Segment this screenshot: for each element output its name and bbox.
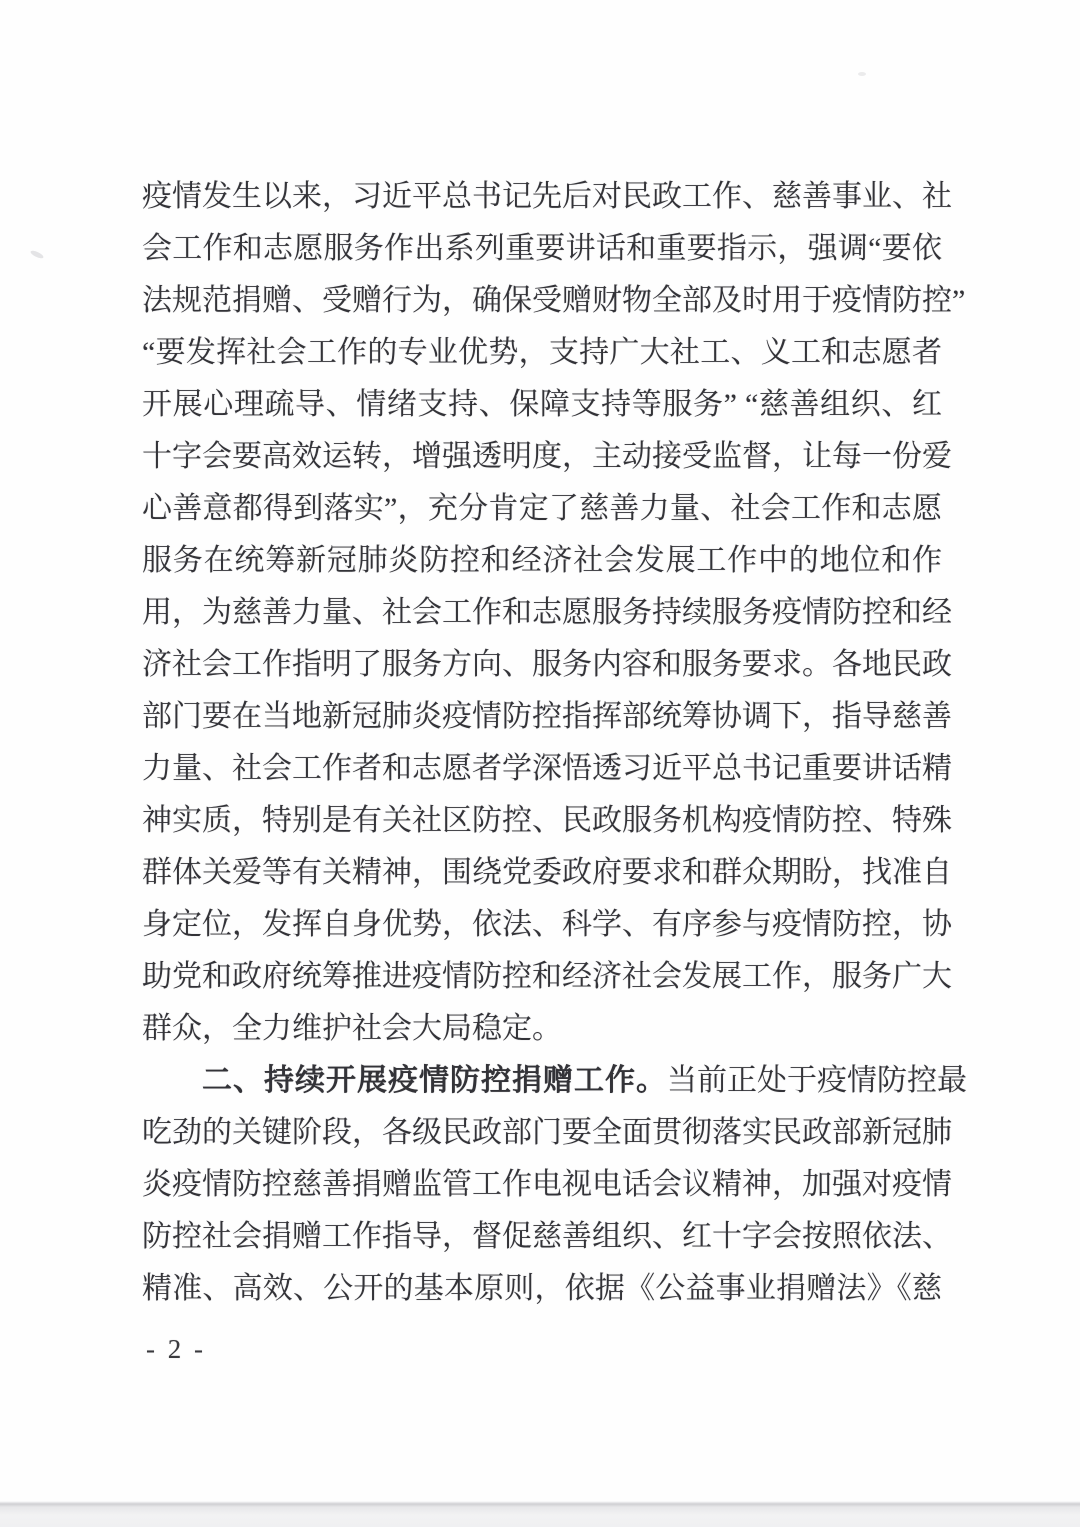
scan-artifact — [30, 249, 45, 259]
text-line: 助党和政府统筹推进疫情防控和经济社会发展工作，服务广大 — [142, 951, 942, 1003]
text-line: 身定位，发挥自身优势，依法、科学、有序参与疫情防控，协 — [142, 899, 942, 951]
text-line: 会工作和志愿服务作出系列重要讲话和重要指示，强调“要依 — [142, 223, 942, 275]
text-line: 炎疫情防控慈善捐赠监管工作电视电话会议精神，加强对疫情 — [142, 1159, 942, 1211]
text-line: 服务在统筹新冠肺炎防控和经济社会发展工作中的地位和作 — [142, 535, 942, 587]
text-line: 防控社会捐赠工作指导，督促慈善组织、红十字会按照依法、 — [142, 1211, 942, 1263]
text-line: 力量、社会工作者和志愿者学深悟透习近平总书记重要讲话精 — [142, 743, 942, 795]
paragraph-1-last-line: 群众，全力维护社会大局稳定。 — [142, 1003, 942, 1055]
section-2-first-line-tail: 当前正处于疫情防控最 — [667, 1064, 967, 1097]
text-line: 法规范捐赠、受赠行为，确保受赠财物全部及时用于疫情防控” — [142, 275, 942, 327]
text-line: 精准、高效、公开的基本原则，依据《公益事业捐赠法》《慈 — [142, 1263, 942, 1315]
text-line: 部门要在当地新冠肺炎疫情防控指挥部统筹协调下，指导慈善 — [142, 691, 942, 743]
section-2-heading: 二、持续开展疫情防控捐赠工作。 — [202, 1064, 667, 1097]
text-line: 开展心理疏导、情绪支持、保障支持等服务” “慈善组织、红 — [142, 379, 942, 431]
scan-artifact — [858, 72, 866, 76]
section-2-first-line: 二、持续开展疫情防控捐赠工作。当前正处于疫情防控最 — [142, 1055, 942, 1107]
text-line: 心善意都得到落实”，充分肯定了慈善力量、社会工作和志愿 — [142, 483, 942, 535]
text-line: 济社会工作指明了服务方向、服务内容和服务要求。各地民政 — [142, 639, 942, 691]
text-line: 疫情发生以来，习近平总书记先后对民政工作、慈善事业、社 — [142, 171, 942, 223]
text-line: 用，为慈善力量、社会工作和志愿服务持续服务疫情防控和经 — [142, 587, 942, 639]
text-line: 神实质，特别是有关社区防控、民政服务机构疫情防控、特殊 — [142, 795, 942, 847]
scan-edge-shadow — [0, 1501, 1080, 1527]
document-body: 疫情发生以来，习近平总书记先后对民政工作、慈善事业、社 会工作和志愿服务作出系列… — [142, 171, 942, 1315]
text-line: 吃劲的关键阶段，各级民政部门要全面贯彻落实民政部新冠肺 — [142, 1107, 942, 1159]
document-page: 疫情发生以来，习近平总书记先后对民政工作、慈善事业、社 会工作和志愿服务作出系列… — [0, 0, 1080, 1527]
page-number: - 2 - — [146, 1334, 206, 1365]
text-line: “要发挥社会工作的专业优势，支持广大社工、义工和志愿者 — [142, 327, 942, 379]
text-line: 十字会要高效运转，增强透明度，主动接受监督，让每一份爱 — [142, 431, 942, 483]
text-line: 群体关爱等有关精神，围绕党委政府要求和群众期盼，找准自 — [142, 847, 942, 899]
